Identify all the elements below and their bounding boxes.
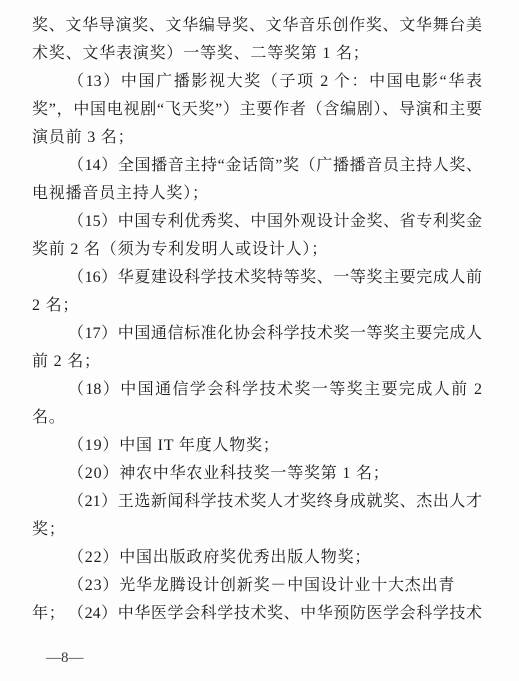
text-line: （22）中国出版政府奖优秀出版人物奖； — [32, 544, 482, 572]
page-number: —8— — [46, 648, 84, 668]
text-line: （21）王选新闻科学技术奖人才奖终身成就奖、杰出人才 — [32, 488, 482, 516]
text-line: （17）中国通信标准化协会科学技术奖一等奖主要完成人 — [32, 320, 482, 348]
text-line: 奖前 2 名（须为专利发明人或设计人）； — [32, 236, 482, 264]
text-line: （13）中国广播影视大奖（子项 2 个：中国电影“华表 — [32, 68, 482, 96]
text-line: 奖”，中国电视剧“飞天奖”）主要作者（含编剧）、导演和主要 — [32, 96, 482, 124]
text-line: 前 2 名； — [32, 348, 482, 376]
text-line: 电视播音员主持人奖）； — [32, 180, 482, 208]
text-line: （23）光华龙腾设计创新奖－中国设计业十大杰出青年； — [32, 572, 482, 600]
text-line: 名。 — [32, 404, 482, 432]
text-line: （24）中华医学会科学技术奖、中华预防医学会科学技术 — [32, 600, 482, 628]
text-line: （15）中国专利优秀奖、中国外观设计金奖、省专利奖金 — [32, 208, 482, 236]
text-line: （14）全国播音主持“金话筒”奖（广播播音员主持人奖、 — [32, 152, 482, 180]
text-line: （16）华夏建设科学技术奖特等奖、一等奖主要完成人前 — [32, 264, 482, 292]
text-line: 奖、文华导演奖、文华编导奖、文华音乐创作奖、文华舞台美 — [32, 12, 482, 40]
document-page: 奖、文华导演奖、文华编导奖、文华音乐创作奖、文华舞台美术奖、文华表演奖）一等奖、… — [0, 0, 519, 681]
text-line: 术奖、文华表演奖）一等奖、二等奖第 1 名； — [32, 40, 482, 68]
text-line: 2 名； — [32, 292, 482, 320]
document-body: 奖、文华导演奖、文华编导奖、文华音乐创作奖、文华舞台美术奖、文华表演奖）一等奖、… — [32, 12, 482, 628]
text-line: 演员前 3 名； — [32, 124, 482, 152]
text-line: 奖； — [32, 516, 482, 544]
text-line: （18）中国通信学会科学技术奖一等奖主要完成人前 2 — [32, 376, 482, 404]
text-line: （20）神农中华农业科技奖一等奖第 1 名； — [32, 460, 482, 488]
text-line: （19）中国 IT 年度人物奖； — [32, 432, 482, 460]
